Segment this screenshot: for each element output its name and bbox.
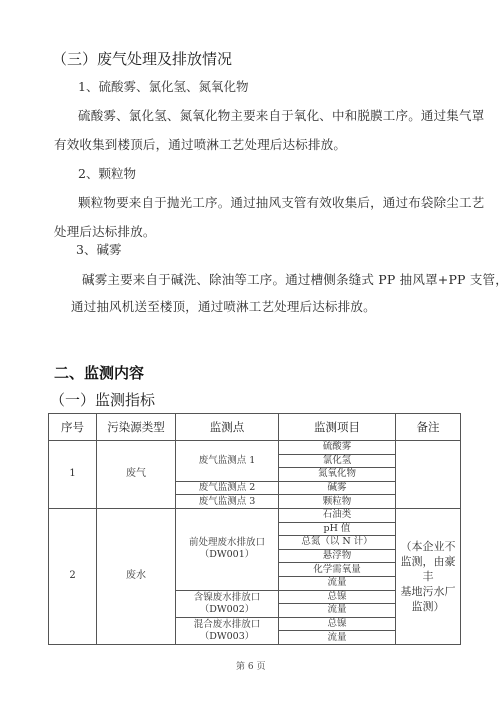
item-3-line-1: 碱雾主要来自于碱洗、除油等工序。通过槽侧条缝式 PP 抽风罩+PP 支管，	[82, 270, 500, 288]
cell-monitor-point: 混合废水排放口 （DW003）	[176, 617, 279, 644]
cell-monitor-point: 废气监测点 2	[176, 481, 279, 495]
cell-monitor-item: 氮氧化物	[279, 468, 396, 482]
cell-monitor-item: 化学需氧量	[279, 563, 396, 577]
cell-monitor-point: 含镍废水排放口 （DW002）	[176, 590, 279, 617]
item-1-line-2: 有效收集到楼顶后，通过喷淋工艺处理后达标排放。	[54, 135, 346, 153]
cell-monitor-item: 颗粒物	[279, 495, 396, 509]
cell-monitor-item: 石油类	[279, 508, 396, 522]
cell-monitor-item: pH 值	[279, 522, 396, 536]
point-name: 含镍废水排放口	[176, 592, 278, 604]
cell-monitor-point: 前处理废水排放口 （DW001）	[176, 508, 279, 590]
note-line: 监测）	[400, 599, 456, 614]
header-note: 备注	[396, 414, 461, 441]
table-row: 2 废水 前处理废水排放口 （DW001） 石油类 （本企业不 监测，由豪丰 基…	[49, 508, 461, 522]
cell-monitor-item: 碱雾	[279, 481, 396, 495]
table-row: 1 废气 废气监测点 1 硫酸雾	[49, 441, 461, 455]
cell-monitor-item: 总氮（以 N 计）	[279, 536, 396, 550]
note-line: （本企业不	[400, 539, 456, 554]
point-name: 前处理废水排放口	[176, 537, 278, 549]
item-3-line-2: 通过抽风机送至楼顶，通过喷淋工艺处理后达标排放。	[71, 297, 376, 315]
cell-monitor-item: 流量	[279, 576, 396, 590]
cell-monitor-item: 硫酸雾	[279, 441, 396, 455]
item-title-3: 3、碱雾	[76, 240, 121, 258]
point-code: （DW002）	[176, 604, 278, 616]
item-2-line-2: 处理后达标排放。	[54, 222, 156, 240]
cell-note	[396, 441, 461, 509]
cell-monitor-point: 废气监测点 3	[176, 495, 279, 509]
monitoring-table: 序号 污染源类型 监测点 监测项目 备注 1 废气 废气监测点 1 硫酸雾 氯化…	[48, 413, 461, 645]
note-line: 监测，由豪丰	[400, 554, 456, 584]
cell-source-type: 废水	[97, 508, 176, 644]
point-code: （DW001）	[176, 549, 278, 561]
header-monitor-point: 监测点	[176, 414, 279, 441]
header-source-type: 污染源类型	[97, 414, 176, 441]
cell-no: 1	[49, 441, 97, 509]
table-header-row: 序号 污染源类型 监测点 监测项目 备注	[49, 414, 461, 441]
cell-note: （本企业不 监测，由豪丰 基地污水厂 监测）	[396, 508, 461, 644]
subheading-monitoring-indicators: （一）监测指标	[50, 389, 155, 410]
item-title-1: 1、硫酸雾、氯化氢、氮氧化物	[78, 77, 248, 95]
cell-monitor-item: 总镍	[279, 617, 396, 631]
note-line: 基地污水厂	[400, 584, 456, 599]
cell-source-type: 废气	[97, 441, 176, 509]
item-title-2: 2、颗粒物	[78, 164, 136, 182]
point-code: （DW003）	[176, 631, 278, 643]
cell-monitor-item: 总镍	[279, 590, 396, 604]
point-name: 混合废水排放口	[176, 619, 278, 631]
cell-monitor-item: 流量	[279, 604, 396, 618]
header-no: 序号	[49, 414, 97, 441]
header-monitor-item: 监测项目	[279, 414, 396, 441]
cell-monitor-point: 废气监测点 1	[176, 441, 279, 482]
cell-monitor-item: 氯化氢	[279, 454, 396, 468]
item-2-line-1: 颗粒物要来自于抛光工序。通过抽风支管有效收集后，通过布袋除尘工艺	[78, 193, 484, 211]
item-1-line-1: 硫酸雾、氯化氢、氮氧化物主要来自于氧化、中和脱膜工序。通过集气罩	[78, 106, 484, 124]
cell-no: 2	[49, 508, 97, 644]
section-heading-waste-gas: （三）废气处理及排放情况	[52, 48, 232, 69]
page-number: 第 6 页	[236, 659, 265, 672]
section-heading-monitoring: 二、监测内容	[54, 362, 144, 383]
cell-monitor-item: 流量	[279, 631, 396, 645]
cell-monitor-item: 悬浮物	[279, 549, 396, 563]
